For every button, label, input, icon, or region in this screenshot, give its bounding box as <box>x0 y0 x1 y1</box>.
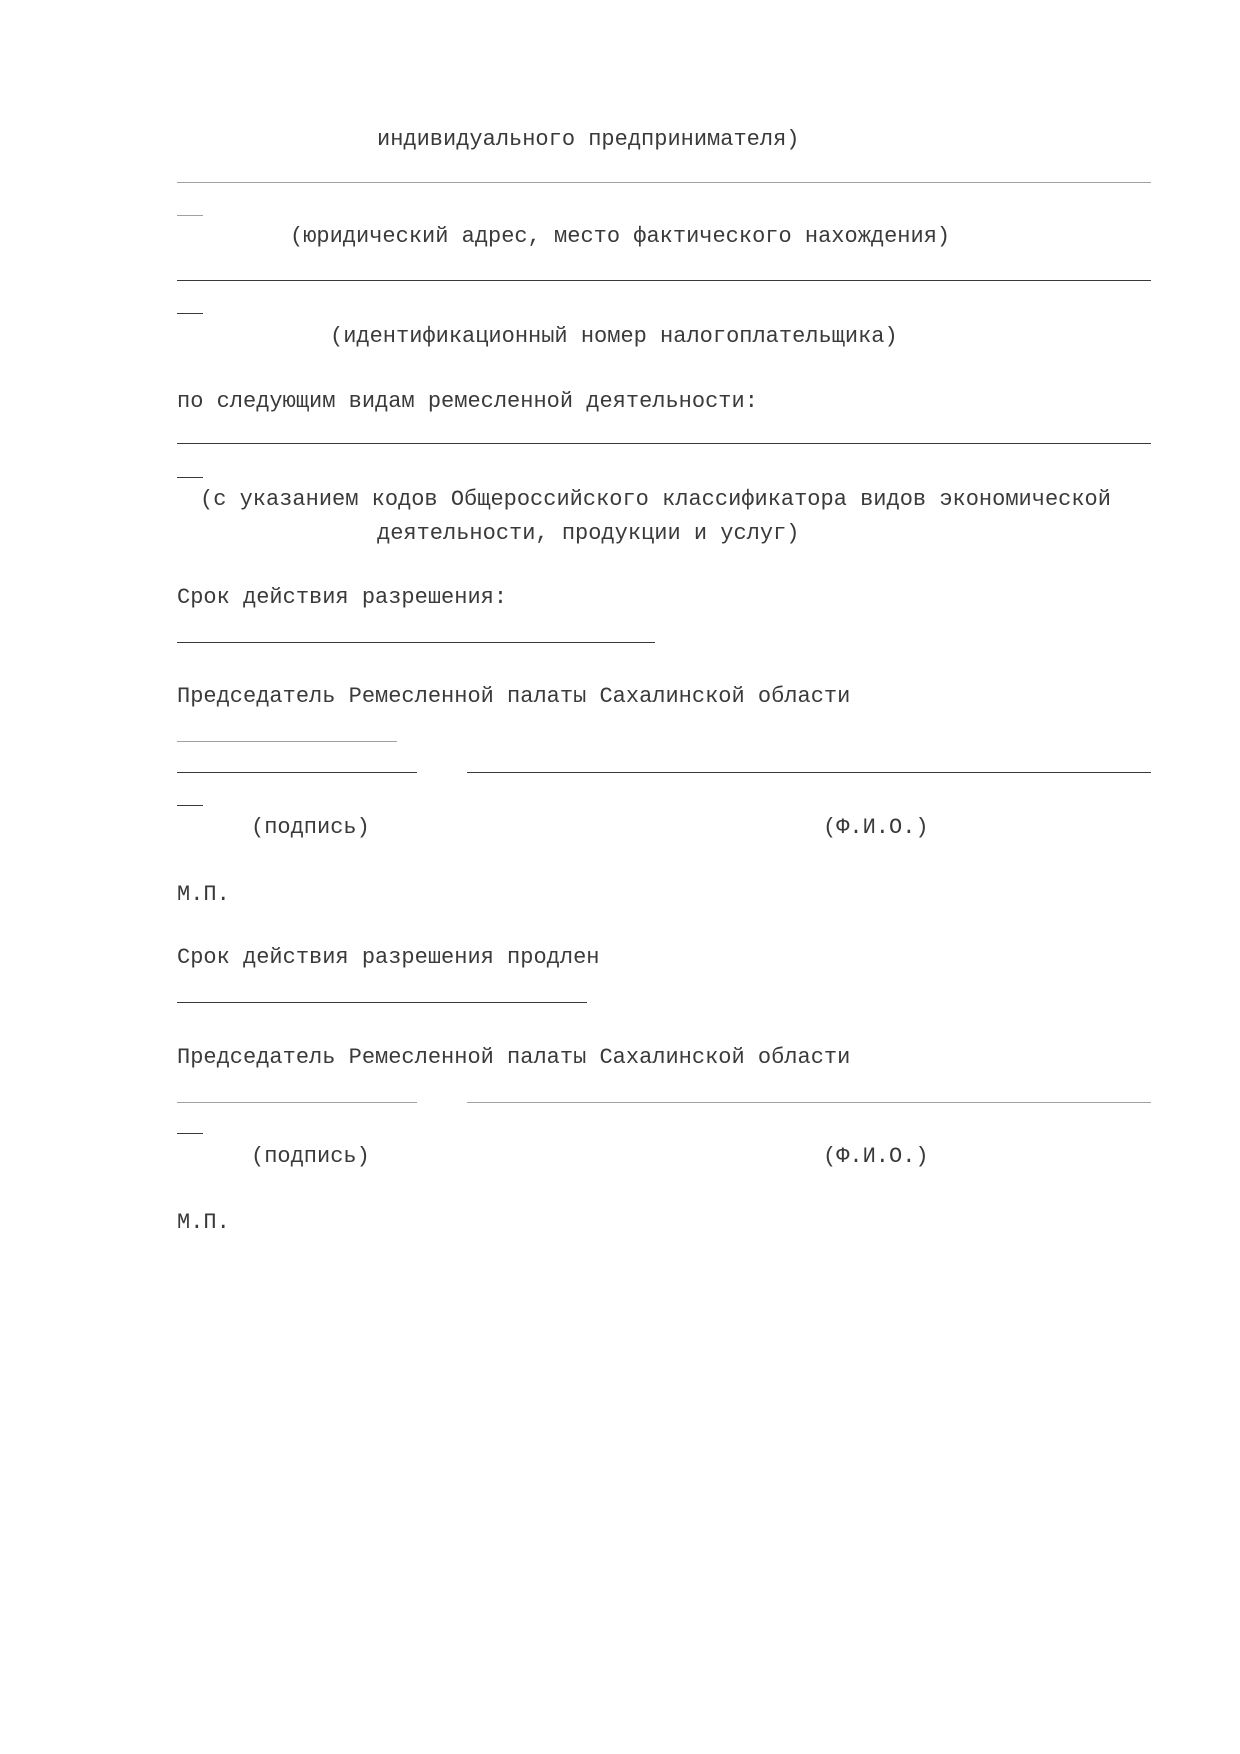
extension-field-line[interactable] <box>177 1002 587 1003</box>
validity-field-line[interactable] <box>177 642 655 643</box>
extension-label: Срок действия разрешения продлен <box>177 945 599 971</box>
name-caption-1: (Ф.И.О.) <box>823 815 929 841</box>
validity-label: Срок действия разрешения: <box>177 585 507 611</box>
activities-field-line-overflow <box>177 477 203 478</box>
address-field-line[interactable] <box>177 182 1151 183</box>
document-page: индивидуального предпринимателя) (юридич… <box>0 0 1240 1754</box>
activities-caption-line2: деятельности, продукции и услуг) <box>377 521 799 547</box>
name-line-1-overflow <box>177 805 203 806</box>
signature-line-1[interactable] <box>177 772 417 773</box>
activities-caption-line1: (с указанием кодов Общероссийского класс… <box>200 487 1111 513</box>
inn-field-line-overflow <box>177 313 203 314</box>
name-line-2-overflow <box>177 1133 203 1134</box>
stamp-placeholder-1: М.П. <box>177 882 230 908</box>
name-line-2[interactable] <box>467 1102 1151 1103</box>
signature-caption-2: (подпись) <box>251 1144 370 1170</box>
activities-label: по следующим видам ремесленной деятельно… <box>177 389 758 415</box>
signature-caption-1: (подпись) <box>251 815 370 841</box>
stamp-placeholder-2: М.П. <box>177 1210 230 1236</box>
inn-field-line[interactable] <box>177 280 1151 281</box>
entrepreneur-caption-tail: индивидуального предпринимателя) <box>377 127 799 153</box>
activities-field-line[interactable] <box>177 443 1151 444</box>
address-caption: (юридический адрес, место фактического н… <box>290 224 950 250</box>
name-caption-2: (Ф.И.О.) <box>823 1144 929 1170</box>
address-field-line-overflow <box>177 215 203 216</box>
chairman-title-1-underline <box>177 741 397 742</box>
inn-caption: (идентификационный номер налогоплательщи… <box>330 324 898 350</box>
chairman-title-1: Председатель Ремесленной палаты Сахалинс… <box>177 684 850 710</box>
chairman-title-2: Председатель Ремесленной палаты Сахалинс… <box>177 1045 850 1071</box>
name-line-1[interactable] <box>467 772 1151 773</box>
signature-line-2[interactable] <box>177 1102 417 1103</box>
